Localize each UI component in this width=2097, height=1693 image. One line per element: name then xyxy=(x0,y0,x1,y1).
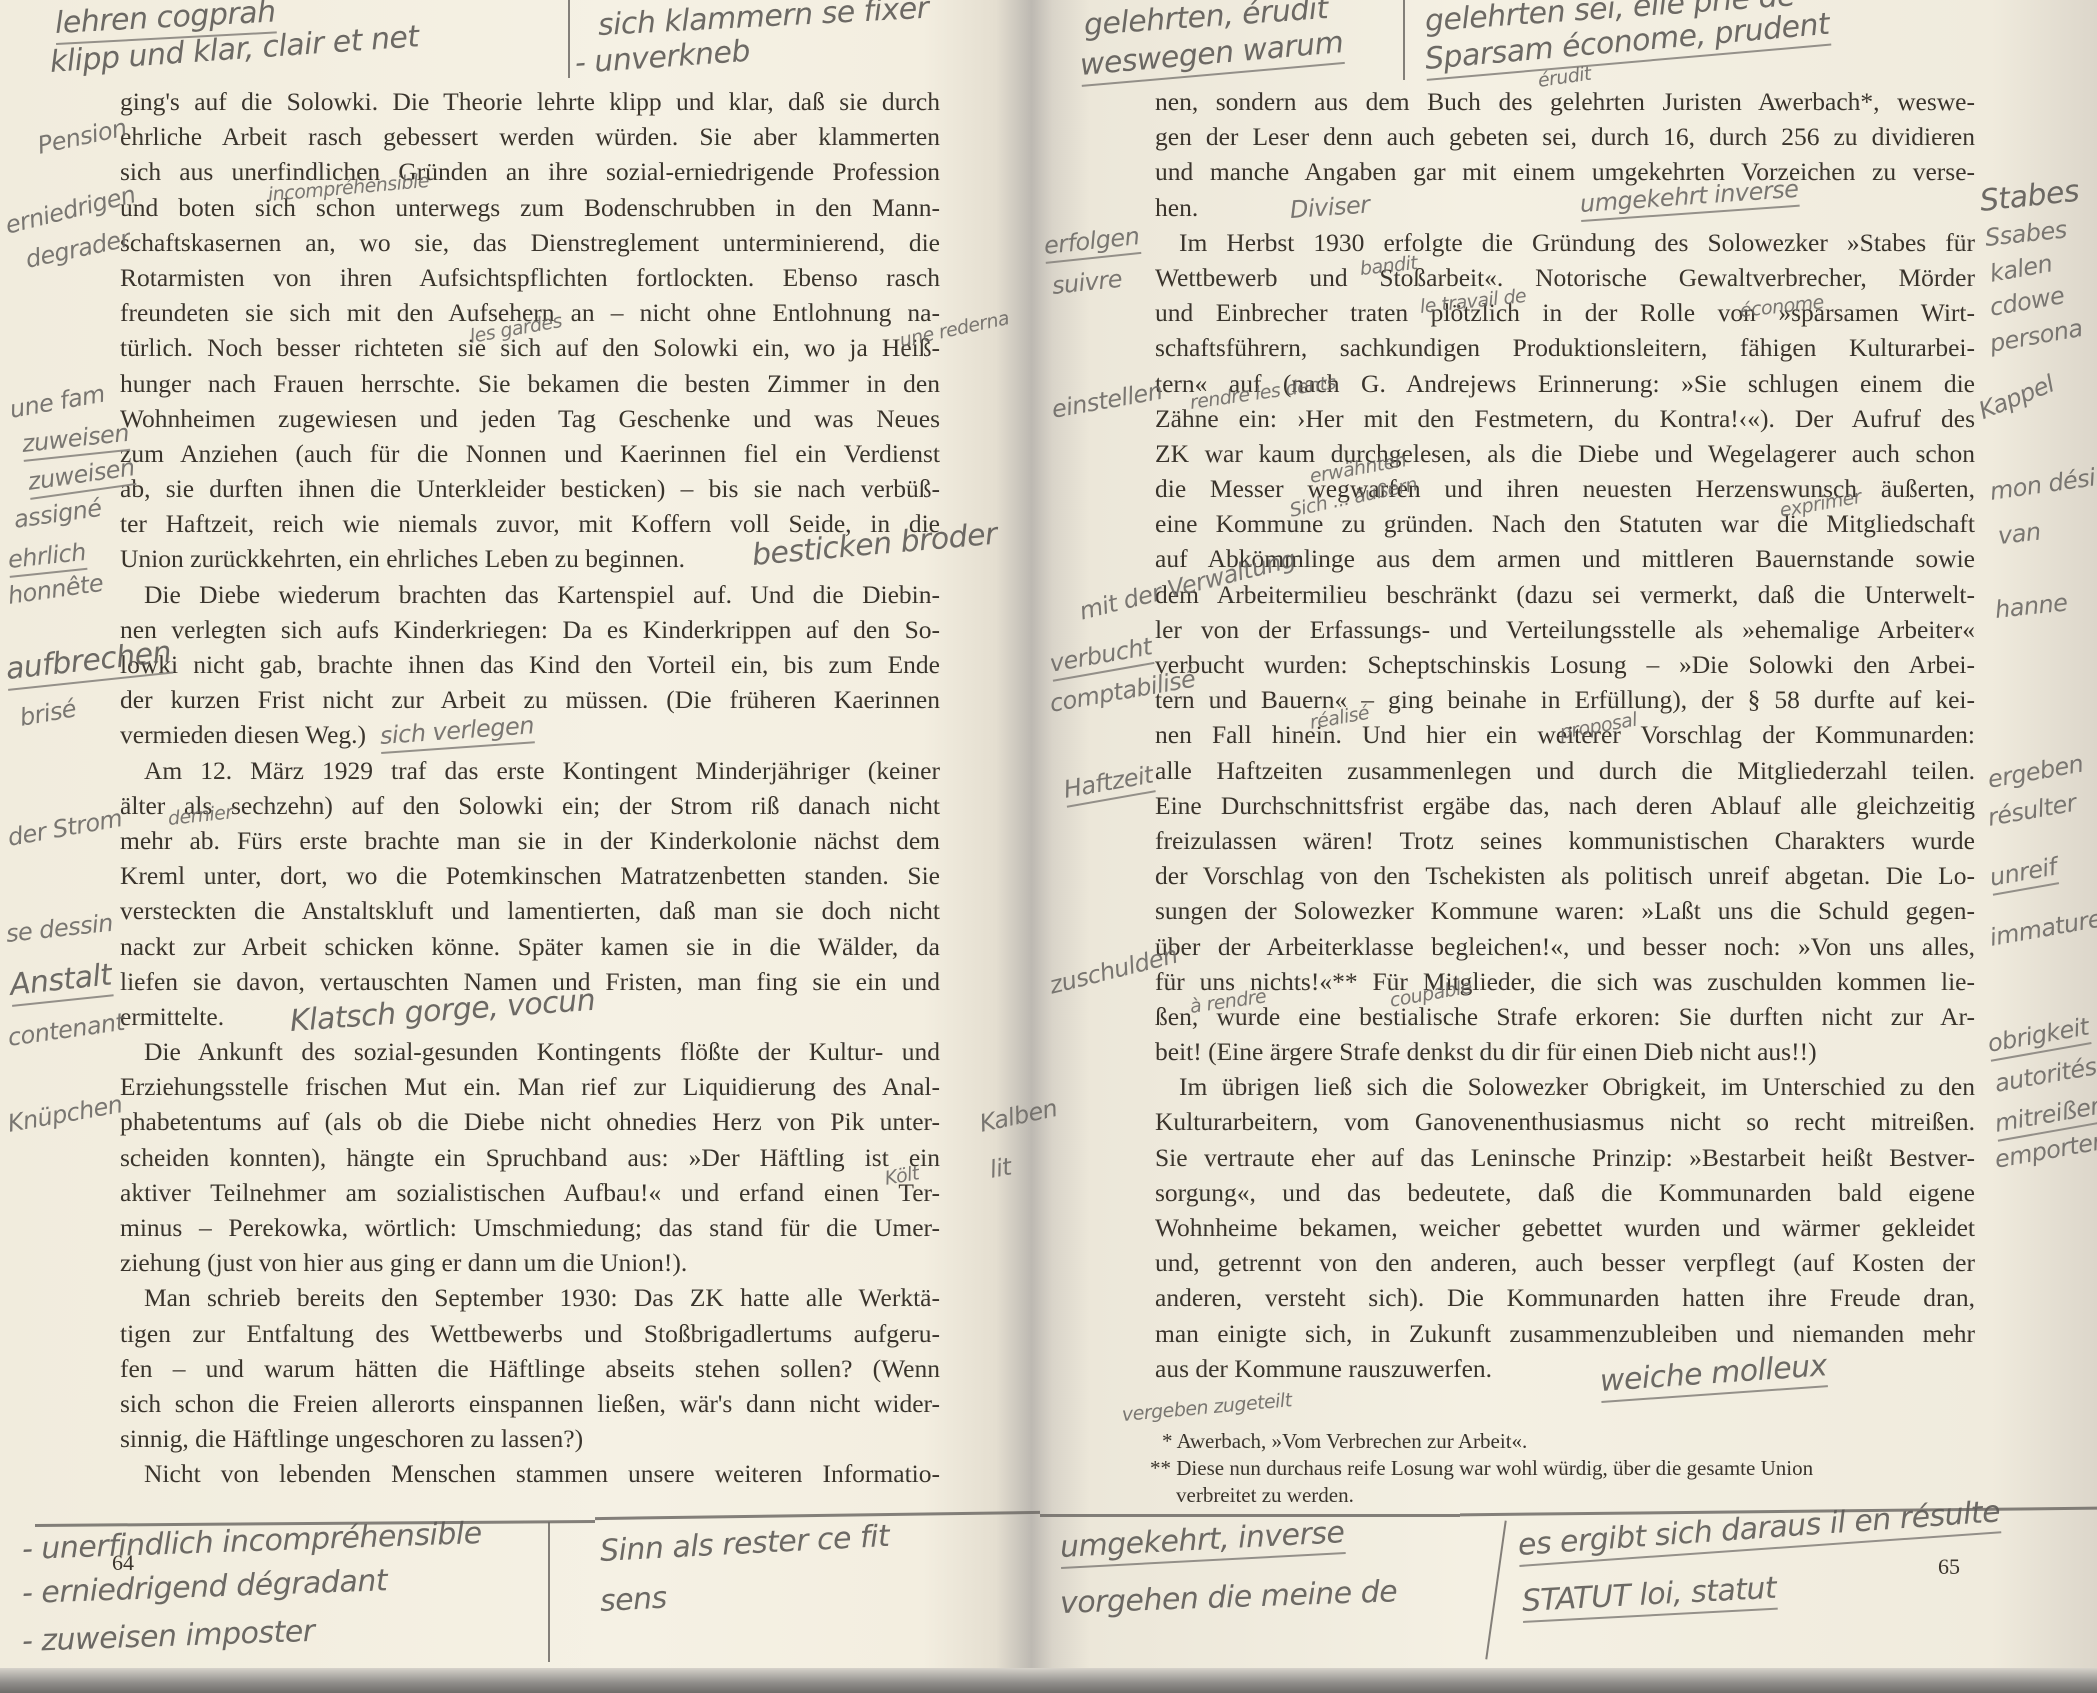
left-page: ging's auf die Solowki. Die Theorie lehr… xyxy=(0,0,1040,1665)
text-line: ab, sie durften ihnen die Unterkleider b… xyxy=(120,471,940,506)
text-line: Sie vertraute eher auf das Leninsche Pri… xyxy=(1155,1140,1975,1175)
handwritten-note: Anstalt xyxy=(8,957,113,1002)
text-line: Man schrieb bereits den September 1930: … xyxy=(120,1280,940,1315)
handwritten-note: mon désir xyxy=(1988,462,2097,506)
text-line: anderen, versteht sich). Die Kommunarden… xyxy=(1155,1280,1975,1315)
page-edge xyxy=(0,1668,2097,1693)
text-line: ZK war kaum durchgelesen, als die Diebe … xyxy=(1155,436,1975,471)
text-line: dem Arbeitermilieu beschränkt (dazu sei … xyxy=(1155,577,1975,612)
annotation-divider xyxy=(1040,1514,1460,1517)
text-line: nen, sondern aus dem Buch des gelehrten … xyxy=(1155,84,1975,119)
handwritten-note: unreif xyxy=(1988,853,2059,892)
text-line: sinnig, die Häftlinge ungeschoren zu las… xyxy=(120,1421,940,1456)
handwritten-note: hanne xyxy=(1994,588,2069,623)
footnote: verbreitet zu werden. xyxy=(1150,1482,1970,1509)
left-page-body: ging's auf die Solowki. Die Theorie lehr… xyxy=(120,84,940,1492)
handwritten-note: vorgehen die meine de xyxy=(1059,1574,1397,1621)
handwritten-note: einstellen xyxy=(1050,377,1165,424)
handwritten-note: umgekehrt, inverse xyxy=(1059,1515,1345,1565)
handwritten-note: - zuweisen imposter xyxy=(21,1614,315,1659)
text-line: Im Herbst 1930 erfolgte die Gründung des… xyxy=(1155,225,1975,260)
text-line: verbucht wurden: Scheptschinskis Losung … xyxy=(1155,647,1975,682)
handwritten-note: se dessin xyxy=(5,909,115,948)
text-line: gen der Leser denn auch gebeten sei, dur… xyxy=(1155,119,1975,154)
handwritten-note: Haftzeit xyxy=(1062,761,1156,804)
text-line: sorgung«, und das bedeutete, daß die Kom… xyxy=(1155,1175,1975,1210)
footnotes: * Awerbach, »Vom Verbrechen zur Arbeit«.… xyxy=(1150,1428,1970,1509)
handwritten-note: STATUT loi, statut xyxy=(1521,1571,1777,1619)
handwritten-note: zuweisen xyxy=(21,419,131,458)
annotation-divider xyxy=(1485,1521,1506,1660)
text-line: scheiden konnten), hängte ein Spruchband… xyxy=(120,1140,940,1175)
text-line: man einigte sich, in Zukunft zusammenzub… xyxy=(1155,1316,1975,1351)
text-line: mehr ab. Fürs erste brachte man sie in d… xyxy=(120,823,940,858)
footnote: ** Diese nun durchaus reife Losung war w… xyxy=(1150,1455,1970,1482)
text-line: ging's auf die Solowki. Die Theorie lehr… xyxy=(120,84,940,119)
text-line: ßen, wurde eine bestialische Strafe erko… xyxy=(1155,999,1975,1034)
handwritten-note: Ssabes xyxy=(1984,216,2068,252)
text-line: zum Anziehen (auch für die Nonnen und Ka… xyxy=(120,436,940,471)
text-line: und, getrennt von den anderen, auch bess… xyxy=(1155,1245,1975,1280)
handwritten-note: assigné xyxy=(12,494,103,534)
annotation-divider xyxy=(568,0,570,78)
handwritten-note: kalen xyxy=(1988,249,2055,287)
text-line: Zähne ein: ›Her mit den Festmetern, du K… xyxy=(1155,401,1975,436)
annotation-divider xyxy=(548,1522,550,1662)
text-line: nen verlegten sich aufs Kinderkriegen: D… xyxy=(120,612,940,647)
text-line: tigen zur Entfaltung des Wettbewerbs und… xyxy=(120,1316,940,1351)
handwritten-note: une fam xyxy=(8,380,107,424)
text-line: sungen der Solowezker Kommune waren: »La… xyxy=(1155,893,1975,928)
handwritten-note: vergeben zugeteilt xyxy=(1121,1389,1293,1426)
text-line: tern und Bauern« – ging beinahe in Erfül… xyxy=(1155,682,1975,717)
text-line: Rotarmisten von ihren Aufsichtspflichten… xyxy=(120,260,940,295)
handwritten-note: persona xyxy=(1988,314,2085,358)
handwritten-note: sich klammern se fixer xyxy=(597,0,929,43)
handwritten-note: Knüpchen xyxy=(6,1090,125,1138)
handwritten-note: Pension xyxy=(35,114,129,160)
text-line: über der Arbeiterklasse begleichen!«, un… xyxy=(1155,929,1975,964)
handwritten-note: sens xyxy=(599,1581,667,1619)
annotation-divider xyxy=(1403,0,1405,80)
handwritten-note: ehrlich xyxy=(7,538,88,574)
handwritten-note: résulter xyxy=(1986,789,2079,832)
handwritten-note: Kappel xyxy=(1975,370,2058,425)
text-line: der Vorschlag von den Tschekisten als po… xyxy=(1155,858,1975,893)
handwritten-note: brisé xyxy=(18,694,79,731)
handwritten-note: lit xyxy=(988,1153,1014,1184)
text-line: lowki nicht gab, brachte ihnen das Kind … xyxy=(120,647,940,682)
text-line: alle Haftzeiten zusammenlegen und durch … xyxy=(1155,753,1975,788)
text-line: ehrliche Arbeit rasch gebessert werden w… xyxy=(120,119,940,154)
handwritten-note: Sinn als rester ce fit xyxy=(599,1519,890,1569)
text-line: Eine Durchschnittsfrist ergäbe das, nach… xyxy=(1155,788,1975,823)
handwritten-note: Diviser xyxy=(1289,190,1370,223)
text-line: eine Kommune zu gründen. Nach den Statut… xyxy=(1155,506,1975,541)
text-line: minus – Perekowka, wörtlich: Umschmiedun… xyxy=(120,1210,940,1245)
handwritten-note: autorités xyxy=(1993,1052,2097,1097)
handwritten-note: erfolgen xyxy=(1043,222,1141,260)
text-line: und manche Angaben gar mit einem umgekeh… xyxy=(1155,154,1975,189)
text-line: schaftskasernen an, wo sie, das Dienstre… xyxy=(120,225,940,260)
handwritten-note: ergeben xyxy=(1986,749,2086,793)
text-line: versteckten die Anstaltskluft und lament… xyxy=(120,893,940,928)
text-line: älter als sechzehn) auf den Solowki ein;… xyxy=(120,788,940,823)
text-line: Wettbewerb und Stoßarbeit«. Notorische G… xyxy=(1155,260,1975,295)
footnote: * Awerbach, »Vom Verbrechen zur Arbeit«. xyxy=(1150,1428,1970,1455)
text-line: nackt zur Arbeit schicken könne. Später … xyxy=(120,929,940,964)
handwritten-note: immature xyxy=(1988,905,2097,952)
text-line: aus der Kommune rauszuwerfen. xyxy=(1155,1351,1975,1386)
handwritten-note: contenant xyxy=(6,1008,126,1052)
text-line: ziehung (just von hier aus ging er dann … xyxy=(120,1245,940,1280)
text-line: und Einbrecher traten plötzlich in der R… xyxy=(1155,295,1975,330)
handwritten-note: verbucht xyxy=(1048,632,1154,677)
handwritten-note: van xyxy=(1997,518,2042,550)
text-line: Am 12. März 1929 traf das erste Kontinge… xyxy=(120,753,940,788)
handwritten-note: suivre xyxy=(1051,265,1124,300)
right-page: nen, sondern aus dem Buch des gelehrten … xyxy=(1040,0,2097,1665)
text-line: aktiver Teilnehmer am sozialistischen Au… xyxy=(120,1175,940,1210)
text-line: Wohnheimen zugewiesen und jeden Tag Gesc… xyxy=(120,401,940,436)
handwritten-note: Stabes xyxy=(1978,174,2080,219)
text-line: und boten sich schon unterwegs zum Boden… xyxy=(120,190,940,225)
text-line: hen. xyxy=(1155,190,1975,225)
text-line: Die Ankunft des sozial-gesunden Kontinge… xyxy=(120,1034,940,1069)
text-line: freizulassen wären! Trotz seines kommuni… xyxy=(1155,823,1975,858)
text-line: ler von der Erfassungs- und Verteilungss… xyxy=(1155,612,1975,647)
text-line: für uns nichts!«** Für Mitglieder, die s… xyxy=(1155,964,1975,999)
text-line: sich aus unerfindlichen Gründen an ihre … xyxy=(120,154,940,189)
text-line: fen – und warum hätten die Häftlinge abs… xyxy=(120,1351,940,1386)
text-line: Erziehungsstelle frischen Mut ein. Man r… xyxy=(120,1069,940,1104)
text-line: Nicht von lebenden Menschen stammen unse… xyxy=(120,1456,940,1491)
text-line: beit! (Eine ärgere Strafe denkst du dir … xyxy=(1155,1034,1975,1069)
text-line: Im übrigen ließ sich die Solowezker Obri… xyxy=(1155,1069,1975,1104)
page-number: 65 xyxy=(1938,1554,1960,1580)
text-line: sich schon die Freien allerorts einspann… xyxy=(120,1386,940,1421)
text-line: hunger nach Frauen herrschte. Sie bekame… xyxy=(120,366,940,401)
text-line: Kreml unter, dort, wo die Potemkinschen … xyxy=(120,858,940,893)
text-line: Wohnheime bekamen, weicher gebettet wurd… xyxy=(1155,1210,1975,1245)
handwritten-note: der Strom xyxy=(6,804,125,852)
annotation-divider xyxy=(595,1511,1040,1520)
handwritten-note: cdowe xyxy=(1988,281,2067,322)
text-line: schaftsführern, sachkundigen Produktions… xyxy=(1155,330,1975,365)
text-line: Die Diebe wiederum brachten das Kartensp… xyxy=(120,577,940,612)
text-line: Kulturarbeitern, vom Ganovenenthusiasmus… xyxy=(1155,1104,1975,1139)
text-line: phabetentums auf (als ob die Diebe nicht… xyxy=(120,1104,940,1139)
handwritten-note: obrigkeit xyxy=(1986,1013,2091,1058)
handwritten-note: - erniedrigend dégradant xyxy=(21,1563,387,1611)
